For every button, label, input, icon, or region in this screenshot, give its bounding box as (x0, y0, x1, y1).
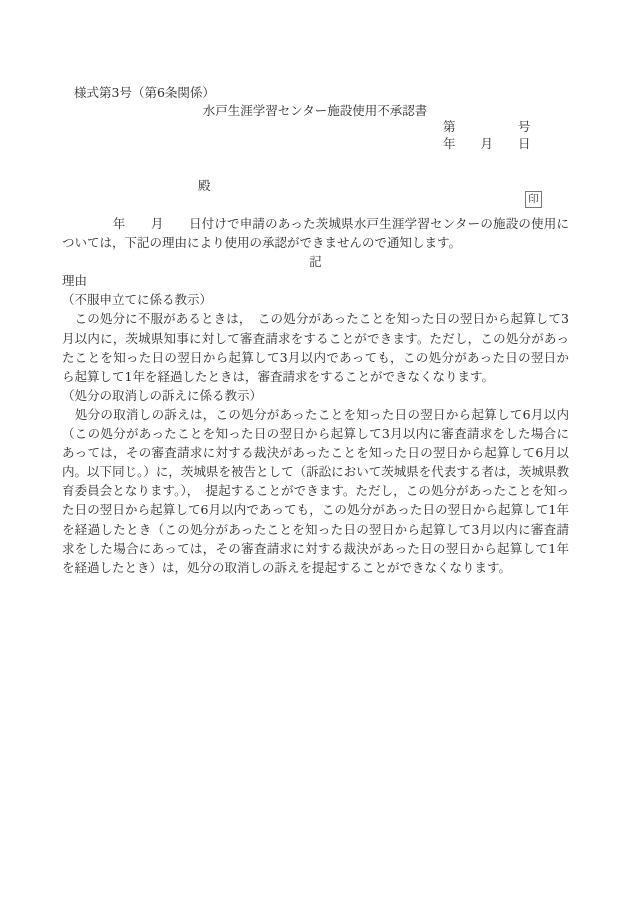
reason-heading: 理由 (62, 271, 569, 290)
addressee-honorific: 殿 (198, 176, 211, 195)
appeal-guidance-body: この処分に不服があるときは， この処分があったことを知った日の翌日から起算して3… (62, 309, 569, 385)
record-marker: 記 (62, 252, 569, 271)
appeal-guidance-heading: （不服申立てに係る教示） (62, 290, 569, 309)
document-page: 様式第3号（第6条関係） 水戸生涯学習センター施設使用不承認書 第 号 年 月 … (0, 0, 630, 915)
form-number-label: 様式第3号（第6条関係） (74, 83, 215, 102)
document-title: 水戸生涯学習センター施設使用不承認書 (0, 101, 630, 120)
document-body: 年 月 日付けで申請のあった茨城県水戸生涯学習センターの施設の使用については，下… (62, 214, 569, 577)
revocation-guidance-body: 処分の取消しの訴えは，この処分があったことを知った日の翌日から起算して6月以内（… (62, 405, 569, 577)
revocation-guidance-heading: （処分の取消しの訴えに係る教示） (62, 386, 569, 405)
notification-paragraph: 年 月 日付けで申請のあった茨城県水戸生涯学習センターの施設の使用については，下… (62, 214, 569, 252)
issue-date-blank: 年 月 日 (443, 134, 531, 153)
official-seal-placeholder: 印 (525, 191, 542, 208)
